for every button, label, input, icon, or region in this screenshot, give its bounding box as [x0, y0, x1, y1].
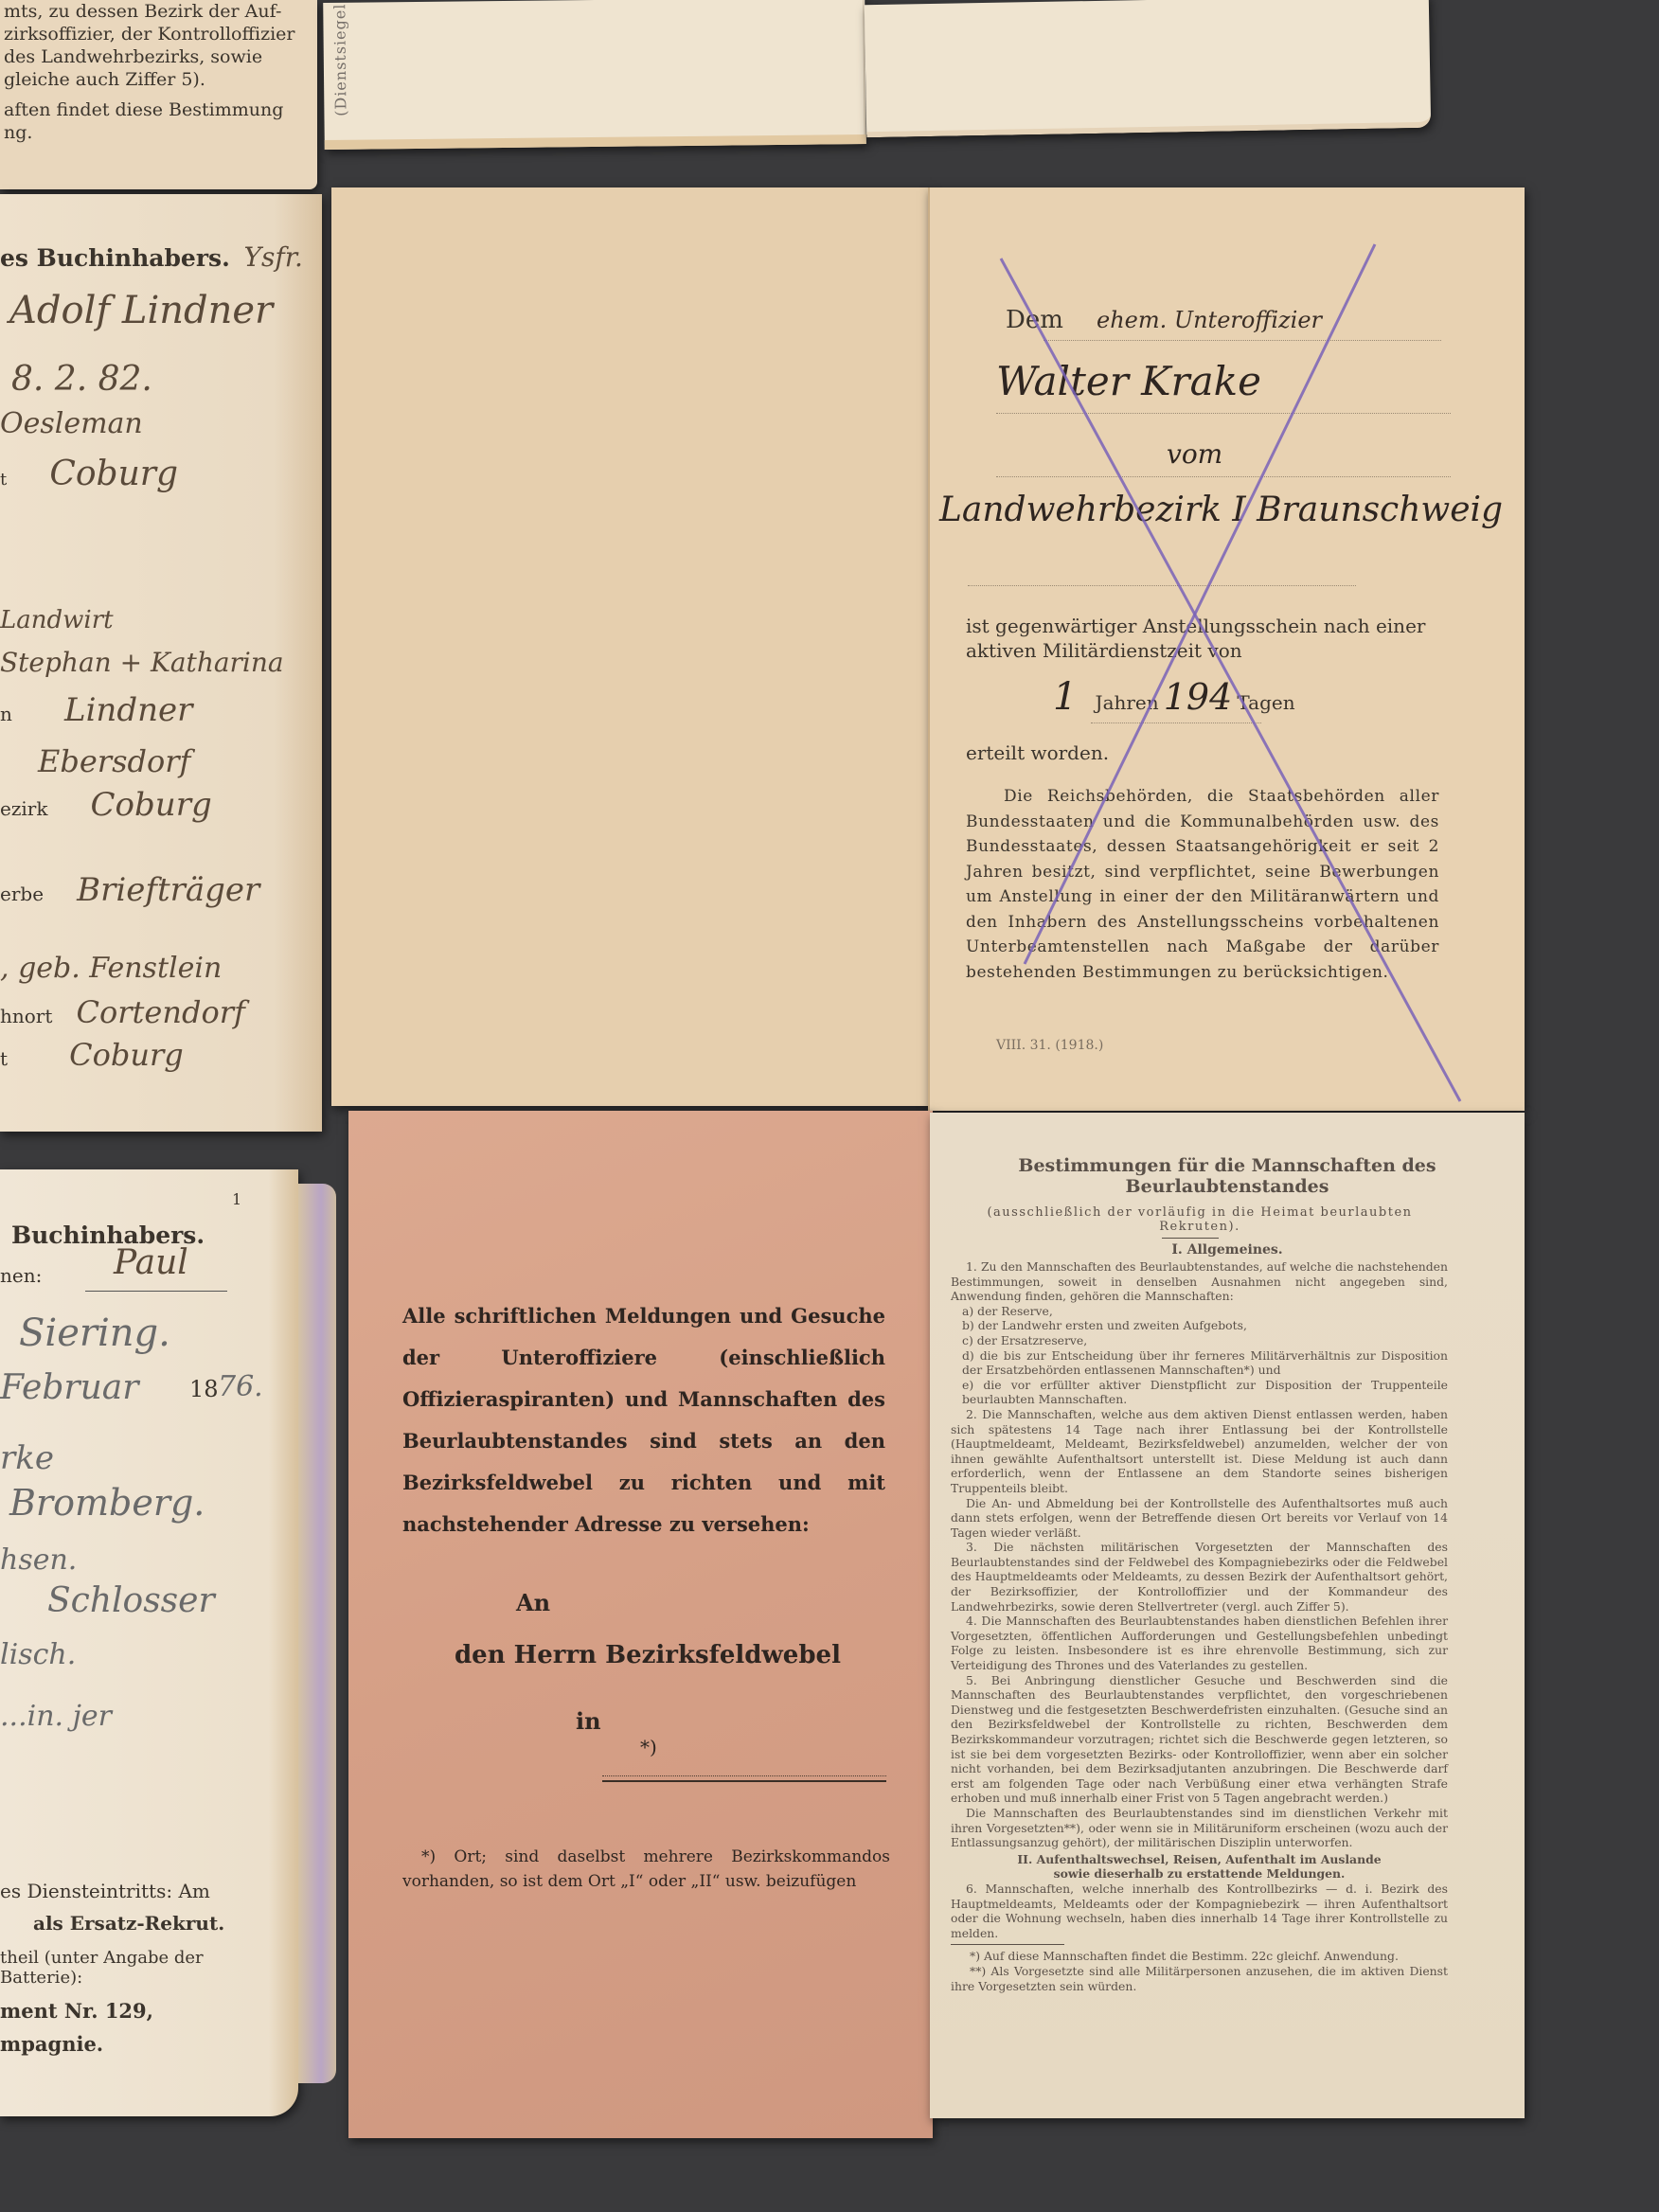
regulations-subtitle: (ausschließlich der vorläufig in die Hei… [954, 1205, 1446, 1234]
dotted-line [968, 585, 1356, 586]
regulations-page: Bestimmungen für die Mannschaften des Be… [930, 1113, 1525, 2118]
form-row: t Coburg [0, 455, 178, 493]
text-line: ment Nr. 129, [0, 1999, 241, 2023]
top-right-booklet [865, 0, 1431, 137]
handwritten-trade: Schlosser [47, 1581, 215, 1620]
form-row: t Coburg [0, 1037, 184, 1073]
anstellungsschein-left-page [331, 187, 930, 1106]
handwritten-surname: Siering. [19, 1311, 170, 1355]
footnote-divider [951, 1944, 1064, 1945]
divider [1162, 1238, 1219, 1239]
page-number: 1 [232, 1190, 241, 1208]
handwritten-district: Landwehrbezirk I Braunschweig [939, 491, 1503, 529]
instruction-paragraph: Alle schriftlichen Meldungen und Gesuche… [402, 1295, 885, 1545]
text-line: gleiche auch Ziffer 5). [4, 68, 307, 91]
handwritten-marital: ...in. jer [0, 1700, 112, 1733]
address-line [602, 1775, 886, 1782]
regulations-body: 1. Zu den Mannschaften des Beurlaubtenst… [951, 1259, 1448, 1993]
handwritten-mother: , geb. Fenstlein [0, 952, 222, 985]
regulations-title: Bestimmungen für die Mannschaften des Be… [930, 1155, 1525, 1197]
paragraph: 4. Die Mannschaften des Beurlaubtenstand… [951, 1614, 1448, 1672]
text-line: mts, zu dessen Bezirk der Auf- [4, 0, 307, 23]
salutation-row: Dem ehem. Unteroffizier [1006, 306, 1413, 334]
addressee-label: den Herrn Bezirksfeldwebel [455, 1641, 841, 1669]
form-row: ezirk Coburg [0, 786, 212, 824]
form-row: n Lindner [0, 691, 192, 729]
service-entry-block: es Diensteintritts: Am als Ersatz-Rekrut… [0, 1880, 241, 2056]
top-left-booklet-page: mts, zu dessen Bezirk der Auf- zirksoffi… [0, 0, 317, 189]
paragraph: 3. Die nächsten militärischen Vorgesetzt… [951, 1540, 1448, 1614]
body-text: ist gegenwärtiger Anstellungsschein nach… [966, 614, 1364, 663]
form-row: erbe Briefträger [0, 871, 259, 909]
left-upper-booklet-page: es Buchinhabers. Ysfr. Adolf Lindner 8. … [0, 194, 322, 1132]
booklet-stack-edge [298, 1184, 336, 2083]
name-row: Walter Krake [996, 358, 1451, 404]
anstellungsschein-right-page: Dem ehem. Unteroffizier Walter Krake vom… [928, 187, 1525, 1111]
handwritten-occupation: Landwirt [0, 606, 114, 634]
form-code: VIII. 31. (1918.) [996, 1038, 1103, 1053]
text-line: als Ersatz-Rekrut. [0, 1912, 241, 1935]
footnote: *) Auf diese Mannschaften findet die Bes… [951, 1949, 1448, 1964]
handwritten-name: Adolf Lindner [9, 289, 273, 332]
text-line: aften findet diese Bestimmung [4, 98, 307, 121]
form-row-birth: Februar 18 76. [0, 1368, 275, 1407]
paragraph: d) die bis zur Entscheidung über ihr fer… [951, 1348, 1448, 1378]
section1-heading: I. Allgemeines. [930, 1242, 1525, 1258]
form-row-given-name: nen: Paul [0, 1264, 232, 1287]
handwritten-birthplace: Oesleman [0, 407, 143, 440]
erteilt-text: erteilt worden. [966, 741, 1109, 764]
paragraph: 1. Zu den Mannschaften des Beurlaubtenst… [951, 1259, 1448, 1304]
text-line: theil (unter Angabe der [0, 1948, 241, 1968]
paragraph: 6. Mannschaften, welche innerhalb des Ko… [951, 1882, 1448, 1940]
paragraph: 2. Die Mannschaften, welche aus dem akti… [951, 1407, 1448, 1496]
text-line: Batterie): [0, 1968, 241, 1988]
paragraph: Die An- und Abmeldung bei der Kontrollst… [951, 1496, 1448, 1541]
footnote-mark: *) [640, 1736, 657, 1758]
top-left-text: mts, zu dessen Bezirk der Auf- zirksoffi… [4, 0, 307, 144]
text-line: mpagnie. [0, 2032, 241, 2056]
vertical-label-dienstsiegel: (Dienstsiegel) [330, 12, 350, 116]
section2-heading: II. Aufenthaltswechsel, Reisen, Aufentha… [951, 1852, 1448, 1882]
paragraph: c) der Ersatzreserve, [951, 1333, 1448, 1348]
text-line: es Diensteintritts: Am [0, 1880, 241, 1902]
handwritten-parents: Stephan + Katharina [0, 647, 284, 678]
text-line: zirksoffizier, der Kontrolloffizier [4, 23, 307, 45]
handwritten-religion: lisch. [0, 1638, 76, 1671]
handwritten-state: hsen. [0, 1543, 77, 1577]
top-center-booklet: (Dienstsiegel) [323, 0, 866, 150]
text-line: des Landwehrbezirks, sowie [4, 45, 307, 68]
paragraph: Die Mannschaften des Beurlaubtenstandes … [951, 1806, 1448, 1850]
paragraph: a) der Reserve, [951, 1304, 1448, 1319]
an-label: An [516, 1589, 550, 1616]
handwritten-district: rke [0, 1439, 54, 1477]
footnote: **) Als Vorgesetzte sind alle Militärper… [951, 1964, 1448, 1993]
in-label: in [576, 1707, 601, 1735]
handwritten-birthdate: 8. 2. 82. [11, 360, 152, 399]
pink-address-page: Alle schriftlichen Meldungen und Gesuche… [348, 1111, 933, 2138]
handwritten-village: Ebersdorf [38, 743, 190, 779]
duration-row: 1 Jahren 194 Tagen [1053, 675, 1365, 719]
legal-paragraph: Die Reichsbehörden, die Staatsbehörden a… [966, 784, 1439, 985]
text-line: ng. [4, 121, 307, 144]
paragraph: 5. Bei Anbringung dienstlicher Gesuche u… [951, 1673, 1448, 1806]
vom-row: vom [996, 438, 1451, 470]
paragraph: e) die vor erfüllter aktiver Dienstpflic… [951, 1378, 1448, 1407]
left-lower-booklet-page: 1 Buchinhabers. nen: Paul Siering. Febru… [0, 1169, 298, 2116]
heading-buchinhabers: es Buchinhabers. Ysfr. [0, 241, 303, 273]
handwritten-city: Bromberg. [9, 1482, 205, 1524]
footnote-text: *) Ort; sind daselbst mehrere Bezirkskom… [402, 1845, 890, 1894]
form-row: hnort Cortendorf [0, 994, 245, 1030]
paragraph: b) der Landwehr ersten und zweiten Aufge… [951, 1318, 1448, 1333]
